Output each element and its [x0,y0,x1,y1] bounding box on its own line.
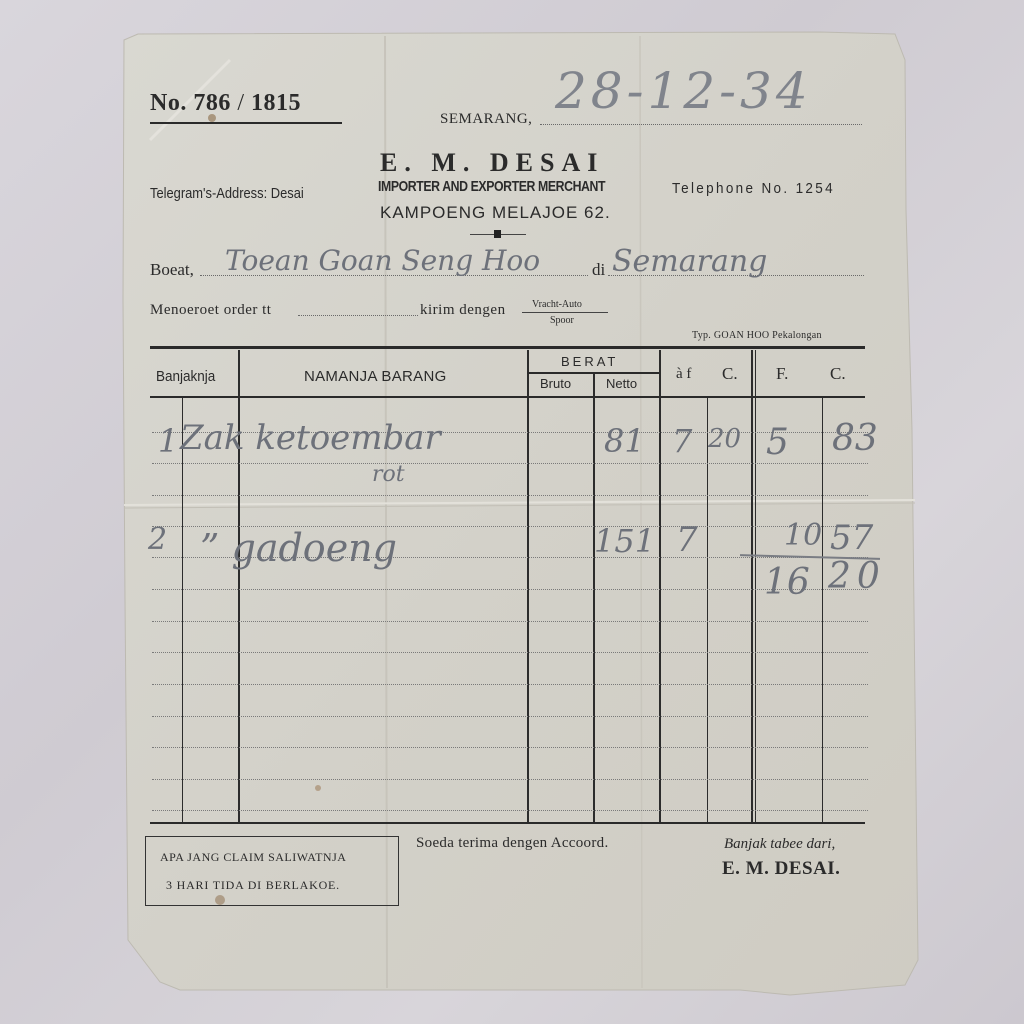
greeting-text: Banjak tabee dari, [724,836,835,853]
order-line [298,315,418,316]
ship-option-spoor: Spoor [550,315,574,326]
date-handwritten: 28-12-34 [555,62,812,120]
ship-label: kirim dengen [420,302,506,319]
total-amount-c: 20 [828,556,886,597]
row-item-name: ” gadoeng [200,526,397,570]
recipient-handwritten: Toean Goan Seng Hoo [225,244,540,277]
date-line [540,124,862,125]
col-divider-qty-inner [182,398,183,822]
ship-option-vracht: Vracht-Auto [532,299,582,310]
printer-credit: Typ. GOAN HOO Pekalongan [692,330,822,341]
telegram-address: Telegram's-Address: Desai [150,185,304,202]
number-label: No. [150,90,187,116]
col-divider-amount-cents [822,398,823,822]
table-header-rule [150,396,865,398]
table-bottom-rule [150,822,865,824]
col-divider-rate [659,350,661,822]
number-underline [150,122,342,124]
row-line [152,716,868,717]
row-amount-c: 57 [830,518,873,558]
total-amount-f: 16 [764,562,810,603]
ship-option-divider [522,312,608,313]
number-series: 1815 [251,90,301,116]
row-line [152,495,868,496]
order-label: Menoeroet order tt [150,302,271,319]
invoice-number: No. 786 / 1815 [150,90,301,117]
row-rate-f: 7 [676,520,698,560]
number-value: 786 [193,90,231,116]
header-amount-cents: C. [830,364,846,384]
row-item-note: rot [372,462,405,487]
location-handwritten: Semarang [612,244,767,279]
header-net: Netto [606,376,637,391]
row-amount-c: 83 [832,418,878,459]
company-name: E. M. DESAI [380,148,604,178]
header-weight: BERAT [561,354,618,369]
row-line [152,621,868,622]
signature: E. M. DESAI. [722,858,840,880]
table-top-rule [150,346,865,349]
row-qty: 2 [148,522,167,557]
row-net: 81 [604,422,645,460]
row-qty: 1 [158,422,178,460]
company-address: KAMPOENG MELAJOE 62. [380,203,611,223]
row-item-name: Zak ketoembar [180,418,441,458]
header-gross: Bruto [540,376,571,391]
invoice-paper: No. 786 / 1815 SEMARANG, 28-12-34 E. M. … [0,0,1024,1024]
row-rate-f: 7 [672,422,692,460]
row-line [152,779,868,780]
col-divider-amount-a [751,350,753,822]
row-line [152,684,868,685]
claim-notice-box [145,836,399,906]
header-item-name: NAMANJA BARANG [304,368,447,385]
header-rate: à f [676,366,691,383]
col-divider-netto [593,374,595,822]
row-amount-f: 10 [784,518,822,553]
berat-subrule [527,372,659,374]
row-rate-c: 20 [708,424,741,454]
ornament-square [494,230,501,238]
header-quantity: Banjaknja [156,368,215,385]
company-tagline: IMPORTER AND EXPORTER MERCHANT [378,178,605,195]
header-rate-cents: C. [722,364,738,384]
recipient-label: Boeat, [150,260,194,280]
location-label: di [592,260,605,280]
col-divider-rate-cents [707,398,708,822]
claim-notice-line1: APA JANG CLAIM SALIWATNJA [160,850,346,865]
row-line [152,652,868,653]
claim-notice-line2: 3 HARI TIDA DI BERLAKOE. [166,878,340,893]
city-label: SEMARANG, [440,111,532,128]
row-line [152,589,868,590]
telephone: Telephone No. 1254 [672,180,835,197]
row-line [152,463,868,464]
row-line [152,747,868,748]
row-amount-f: 5 [766,422,789,463]
row-line [152,810,868,811]
row-net: 151 [594,522,655,560]
header-amount: F. [776,364,788,384]
received-text: Soeda terima dengen Accoord. [416,835,609,852]
col-divider-amount-b [755,350,756,822]
col-divider-bruto [527,350,529,822]
